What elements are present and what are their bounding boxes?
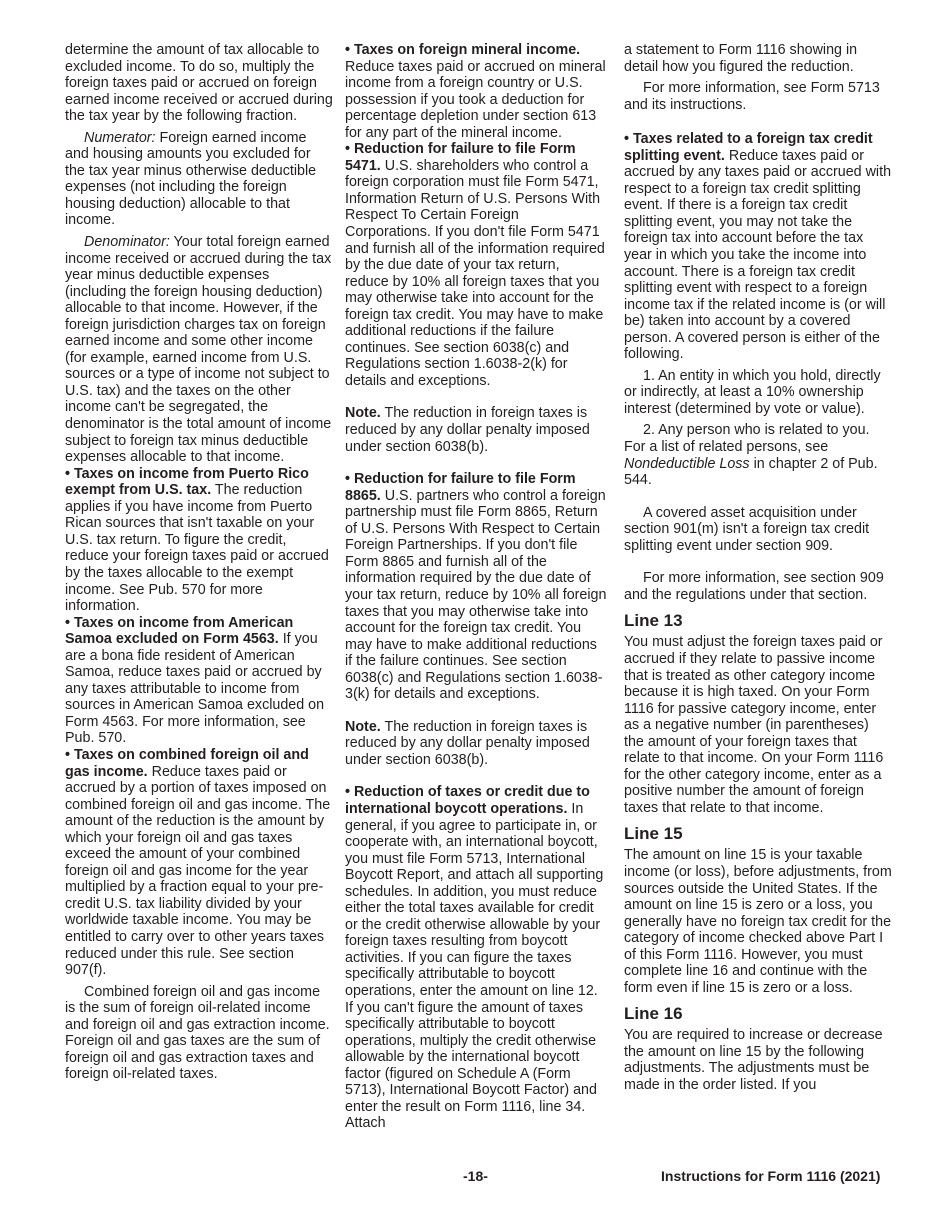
paragraph: A covered asset acquisition under sectio… [624, 505, 892, 555]
paragraph: You must adjust the foreign taxes paid o… [624, 634, 892, 816]
numerator-paragraph: Numerator: Foreign earned income and hou… [65, 130, 333, 229]
paragraph: determine the amount of tax allocable to… [65, 42, 333, 125]
denominator-label: Denominator: [84, 234, 170, 250]
bullet-form-5471: • Reduction for failure to file Form 547… [345, 141, 607, 389]
list-item: 1. An entity in which you hold, directly… [624, 368, 892, 418]
denominator-paragraph: Denominator: Your total foreign earned i… [65, 234, 333, 466]
bullet-oil-gas: • Taxes on combined foreign oil and gas … [65, 747, 333, 979]
bullet-mineral-income: • Taxes on foreign mineral income. Reduc… [345, 42, 607, 141]
bullet-splitting-event: • Taxes related to a foreign tax credit … [624, 131, 892, 363]
bullet-form-8865: • Reduction for failure to file Form 886… [345, 471, 607, 703]
paragraph: For more information, see Form 5713 and … [624, 80, 892, 113]
paragraph: The amount on line 15 is your taxable in… [624, 847, 892, 996]
list-item: 2. Any person who is related to you. For… [624, 422, 892, 488]
numerator-label: Numerator: [84, 130, 156, 146]
column-1: determine the amount of tax allocable to… [65, 42, 333, 1083]
note: Note. The reduction in foreign taxes is … [345, 405, 607, 455]
paragraph: a statement to Form 1116 showing in deta… [624, 42, 892, 75]
bullet-puerto-rico: • Taxes on income from Puerto Rico exemp… [65, 466, 333, 615]
note: Note. The reduction in foreign taxes is … [345, 719, 607, 769]
heading-line-16: Line 16 [624, 1004, 892, 1023]
page-number: -18- [463, 1168, 488, 1184]
paragraph: You are required to increase or decrease… [624, 1027, 892, 1093]
paragraph: Combined foreign oil and gas income is t… [65, 984, 333, 1083]
bullet-american-samoa: • Taxes on income from American Samoa ex… [65, 615, 333, 747]
bullet-boycott: • Reduction of taxes or credit due to in… [345, 784, 607, 1131]
footer-title: Instructions for Form 1116 (2021) [661, 1168, 880, 1184]
column-2: • Taxes on foreign mineral income. Reduc… [345, 42, 607, 1132]
heading-line-15: Line 15 [624, 824, 892, 843]
paragraph: For more information, see section 909 an… [624, 570, 892, 603]
column-3: a statement to Form 1116 showing in deta… [624, 42, 892, 1094]
heading-line-13: Line 13 [624, 611, 892, 630]
